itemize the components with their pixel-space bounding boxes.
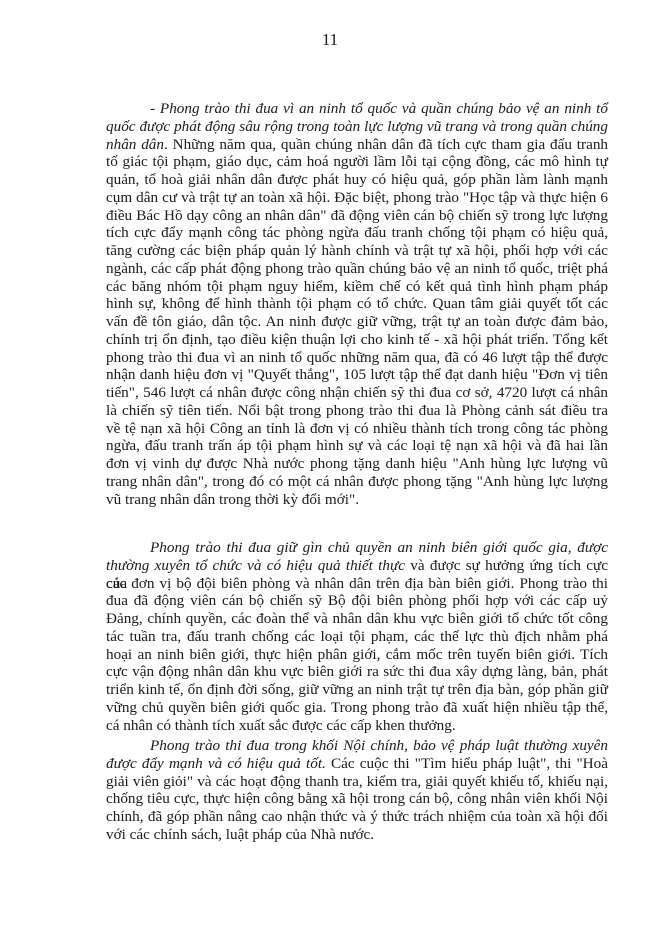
body-text: các đơn vị bộ đội biên phòng và nhân dân… (106, 575, 608, 592)
text-line: chính, đã góp phần nâng cao nhận thức và… (106, 808, 608, 826)
text-line: ngừa, đấu tranh trấn áp tội phạm hình sự… (106, 437, 608, 455)
italic-heading-text: Phong trào thi đua giữ gìn chủ quyền an … (150, 539, 608, 556)
body-text: cực vận động nhân dân khu vực biên giới … (106, 663, 608, 680)
text-line: nhân dân. Những năm qua, quần chúng nhân… (106, 136, 608, 154)
body-text: nhận danh hiệu đơn vị "Quyết thắng", 105… (106, 366, 608, 383)
text-line: điều Bác Hồ dạy công an nhân dân" đã độn… (106, 207, 608, 225)
text-line: vũ trang nhân dân trong thời kỳ đổi mới"… (106, 491, 608, 509)
text-line: về tệ nạn xã hội Công an tỉnh là đơn vị … (106, 420, 608, 438)
text-line: tăng cường các biện pháp quản lý hành ch… (106, 242, 608, 260)
text-line: tác tuần tra, đấu tranh chống các loại t… (106, 628, 608, 646)
italic-heading-text: - Phong trào thi đua vì an ninh tổ quốc … (150, 100, 608, 117)
text-line: chống tiêu cực, thực hiện công bằng xã h… (106, 790, 608, 808)
body-text: là chiến sỹ tiên tiến. Nổi bật trong pho… (106, 402, 608, 419)
text-line: thường xuyên tổ chức và có hiệu quả thiế… (106, 557, 608, 575)
text-line: được đẩy mạnh và có hiệu quả tốt. Các cu… (106, 755, 608, 773)
body-text: . Những năm qua, quần chúng nhân dân đã … (164, 136, 608, 153)
text-line: các đơn vị bộ đội biên phòng và nhân dân… (106, 575, 608, 593)
text-line: cụm dân cư và trật tự an toàn xã hội. Đặ… (106, 189, 608, 207)
text-line: đua đã động viên cán bộ chiến sỹ Bộ đội … (106, 592, 608, 610)
text-line: tiến", 546 lượt cá nhân được công nhận c… (106, 384, 608, 402)
body-text: hình sự, không để hình thành tội phạm có… (106, 295, 608, 312)
text-line: Phong trào thi đua trong khối Nội chính,… (106, 737, 608, 755)
body-text: Các cuộc thi "Tìm hiểu pháp luật", thi "… (326, 755, 608, 772)
body-text: cụm dân cư và trật tự an toàn xã hội. Đặ… (106, 189, 608, 206)
text-line: hoại an ninh biên giới, thực hiện phân g… (106, 646, 608, 664)
text-line: đơn vị vinh dự được Nhà nước phong tặng … (106, 455, 608, 473)
italic-heading-text: quốc được phát động sâu rộng trong toàn … (106, 118, 608, 135)
body-text: cá nhân có thành tích xuất sắc được các … (106, 717, 456, 734)
body-text: hoại an ninh biên giới, thực hiện phân g… (106, 646, 608, 663)
italic-heading-text: Phong trào thi đua trong khối Nội chính,… (150, 737, 608, 754)
text-line: với các chính sách, luật pháp của Nhà nư… (106, 826, 608, 844)
body-text: ngành, các cấp phát động phong trào quần… (106, 260, 608, 277)
body-text: chính, đã góp phần nâng cao nhận thức và… (106, 808, 608, 825)
text-line: chính trị ổn định, tạo điều kiện thuận l… (106, 331, 608, 349)
body-text: quản, tổ hoà giải nhân dân được phát huy… (106, 171, 608, 188)
text-line: các băng nhóm tội phạm nguy hiểm, kiềm c… (106, 278, 608, 296)
body-text: chính trị ổn định, tạo điều kiện thuận l… (106, 331, 608, 348)
text-line: giải viên giỏi" và các hoạt động thanh t… (106, 773, 608, 791)
text-line: - Phong trào thi đua vì an ninh tổ quốc … (106, 100, 608, 118)
body-text: tăng cường các biện pháp quản lý hành ch… (106, 242, 608, 259)
body-text: đơn vị vinh dự được Nhà nước phong tặng … (106, 455, 608, 472)
body-text: triển kinh tế, ổn định đời sống, giữ vữn… (106, 681, 608, 698)
paragraph-border-movement: Phong trào thi đua giữ gìn chủ quyền an … (106, 539, 608, 734)
body-text: tác tuần tra, đấu tranh chống các loại t… (106, 628, 608, 645)
text-line: triển kinh tế, ổn định đời sống, giữ vữn… (106, 681, 608, 699)
body-text: tích cực đẩy mạnh công tác phòng ngừa đấ… (106, 224, 608, 241)
text-line: cá nhân có thành tích xuất sắc được các … (106, 717, 608, 735)
body-text: trang nhân dân", trong đó có một cá nhân… (106, 473, 608, 490)
body-text: về tệ nạn xã hội Công an tỉnh là đơn vị … (106, 420, 608, 437)
paragraph-internal-affairs-movement: Phong trào thi đua trong khối Nội chính,… (106, 737, 608, 844)
italic-heading-text: được đẩy mạnh và có hiệu quả tốt. (106, 755, 326, 772)
text-line: Phong trào thi đua giữ gìn chủ quyền an … (106, 539, 608, 557)
text-line: là chiến sỹ tiên tiến. Nổi bật trong pho… (106, 402, 608, 420)
italic-heading-text: nhân dân (106, 136, 164, 153)
body-text: điều Bác Hồ dạy công an nhân dân" đã độn… (106, 207, 608, 224)
text-line: phong trào thi đua vì an ninh tổ quốc nh… (106, 349, 608, 367)
text-line: tố giác tội phạm, giáo dục, cảm hoá ngườ… (106, 153, 608, 171)
text-line: quốc được phát động sâu rộng trong toàn … (106, 118, 608, 136)
body-text: vững chủ quyền biên giới quốc gia. Trong… (106, 699, 608, 716)
paragraph-security-movement: - Phong trào thi đua vì an ninh tổ quốc … (106, 100, 608, 508)
body-text: tố giác tội phạm, giáo dục, cảm hoá ngườ… (106, 153, 608, 170)
text-line: ngành, các cấp phát động phong trào quần… (106, 260, 608, 278)
body-text: đua đã động viên cán bộ chiến sỹ Bộ đội … (106, 592, 608, 609)
text-line: cực vận động nhân dân khu vực biên giới … (106, 663, 608, 681)
body-text: vấn đề tôn giáo, dân tộc. An ninh được g… (106, 313, 608, 330)
body-text: giải viên giỏi" và các hoạt động thanh t… (106, 773, 608, 790)
italic-heading-text: thường xuyên tổ chức và có hiệu quả thiế… (106, 557, 405, 574)
text-line: hình sự, không để hình thành tội phạm có… (106, 295, 608, 313)
body-text: phong trào thi đua vì an ninh tổ quốc nh… (106, 349, 608, 366)
text-line: vững chủ quyền biên giới quốc gia. Trong… (106, 699, 608, 717)
body-text: với các chính sách, luật pháp của Nhà nư… (106, 826, 374, 843)
body-text: tiến", 546 lượt cá nhân được công nhận c… (106, 384, 608, 401)
body-text: vũ trang nhân dân trong thời kỳ đổi mới"… (106, 491, 359, 508)
text-line: vấn đề tôn giáo, dân tộc. An ninh được g… (106, 313, 608, 331)
page-number: 11 (0, 30, 660, 50)
body-text: Đảng, chính quyền, các đoàn thể và nhân … (106, 610, 608, 627)
body-text: các băng nhóm tội phạm nguy hiểm, kiềm c… (106, 278, 608, 295)
text-line: nhận danh hiệu đơn vị "Quyết thắng", 105… (106, 366, 608, 384)
text-line: tích cực đẩy mạnh công tác phòng ngừa đấ… (106, 224, 608, 242)
text-line: quản, tổ hoà giải nhân dân được phát huy… (106, 171, 608, 189)
text-line: trang nhân dân", trong đó có một cá nhân… (106, 473, 608, 491)
body-text: chống tiêu cực, thực hiện công bằng xã h… (106, 790, 608, 807)
body-text: ngừa, đấu tranh trấn áp tội phạm hình sự… (106, 437, 608, 454)
text-line: Đảng, chính quyền, các đoàn thể và nhân … (106, 610, 608, 628)
